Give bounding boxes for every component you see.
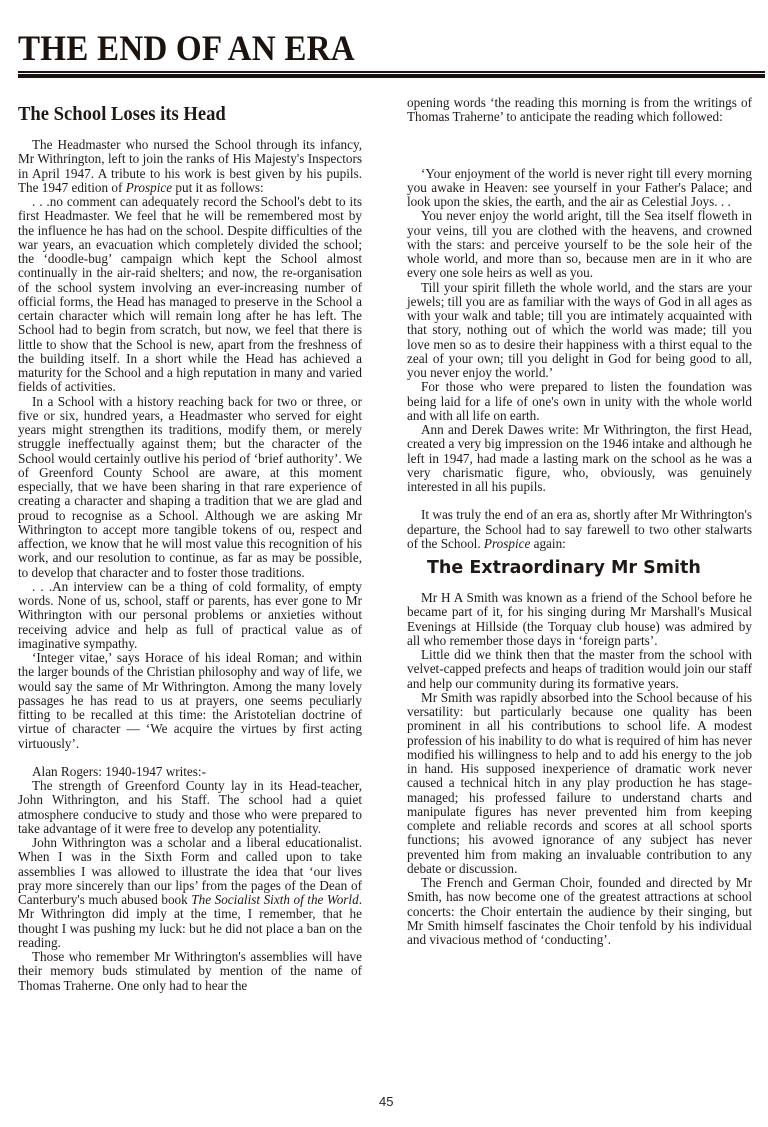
traherne-quote: You never enjoy the world aright, till t… (407, 209, 752, 280)
left-column: The School Loses its Head The Headmaster… (18, 96, 362, 993)
page-title: THE END OF AN ERA (18, 28, 355, 68)
byline-alan-rogers: Alan Rogers: 1940-1947 writes:- (18, 765, 362, 779)
paragraph: The French and German Choir, founded and… (407, 876, 752, 947)
quote-paragraph: In a School with a history reaching back… (18, 395, 362, 580)
quote-paragraph: ‘Integer vitae,’ says Horace of his idea… (18, 651, 362, 751)
traherne-quote: Till your spirit filleth the whole world… (407, 281, 752, 381)
paragraph: For those who were prepared to listen th… (407, 380, 752, 423)
paragraph: John Withrington was a scholar and a lib… (18, 836, 362, 950)
rule-thick-line (18, 74, 765, 78)
paragraph-text: again: (530, 536, 566, 551)
paragraph: Those who remember Mr Withrington's asse… (18, 950, 362, 993)
paragraph-text: put it as follows: (172, 180, 264, 195)
italic-title: The Socialist Sixth of the World (191, 892, 358, 907)
paragraph: It was truly the end of an era as, short… (407, 508, 752, 551)
paragraph: Mr Smith was rapidly absorbed into the S… (407, 691, 752, 876)
paragraph: opening words ‘the reading this morning … (407, 96, 752, 125)
page-number: 45 (379, 1094, 393, 1109)
section-heading-mr-smith: The Extraordinary Mr Smith (427, 557, 752, 579)
title-rule (18, 71, 765, 78)
italic-title: Prospice (126, 180, 172, 195)
traherne-quote: ‘Your enjoyment of the world is never ri… (407, 167, 752, 210)
right-column: opening words ‘the reading this morning … (407, 96, 752, 947)
paragraph: Mr H A Smith was known as a friend of th… (407, 591, 752, 648)
paragraph: The Headmaster who nursed the School thr… (18, 138, 362, 195)
spacer (407, 125, 752, 167)
paragraph-text: It was truly the end of an era as, short… (407, 507, 752, 551)
paragraph: Little did we think then that the master… (407, 648, 752, 691)
section-heading-school-loses-head: The School Loses its Head (18, 102, 338, 126)
italic-title: Prospice (484, 536, 530, 551)
paragraph: The strength of Greenford County lay in … (18, 779, 362, 836)
quote-paragraph: . . .An interview can be a thing of cold… (18, 580, 362, 651)
quote-paragraph: . . .no comment can adequately record th… (18, 195, 362, 395)
paragraph: Ann and Derek Dawes write: Mr Withringto… (407, 423, 752, 494)
